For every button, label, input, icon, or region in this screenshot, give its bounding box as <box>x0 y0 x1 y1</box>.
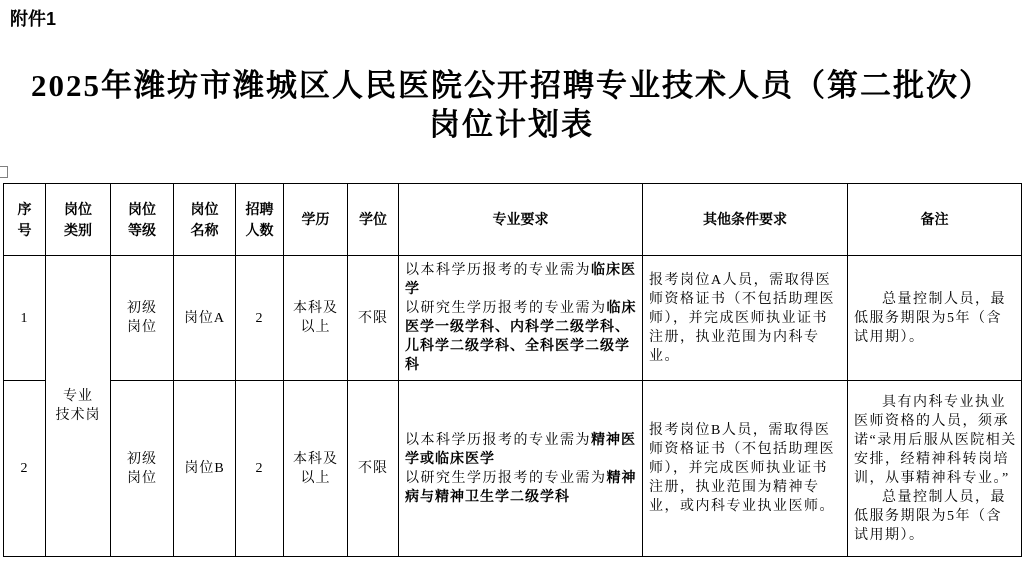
cell-name: 岗位B <box>174 381 236 557</box>
header-cell-category: 岗位 类别 <box>46 184 111 256</box>
document-page: 附件1 2025年潍坊市潍城区人民医院公开招聘专业技术人员（第二批次） 岗位计划… <box>0 0 1023 562</box>
table-header-row: 序 号 岗位 类别 岗位 等级 岗位 名称 招聘 人数 学历 学位 专业要求 其… <box>4 184 1022 256</box>
cell-other-requirements: 报考岗位B人员，需取得医师资格证书（不包括助理医师），并完成医师执业证书注册，执… <box>643 381 848 557</box>
cell-category-merged: 专业 技术岗 <box>46 256 111 557</box>
cell-degree: 不限 <box>348 256 399 381</box>
paragraph: 报考岗位A人员，需取得医师资格证书（不包括助理医师），并完成医师执业证书注册，执… <box>649 271 843 366</box>
paragraph: 以研究生学历报考的专业需为精神病与精神卫生学二级学科 <box>405 469 638 507</box>
cell-seq: 2 <box>4 381 46 557</box>
header-cell-education: 学历 <box>284 184 348 256</box>
document-title-line1: 2025年潍坊市潍城区人民医院公开招聘专业技术人员（第二批次） <box>0 66 1023 105</box>
document-title-line2: 岗位计划表 <box>0 105 1023 144</box>
cell-seq: 1 <box>4 256 46 381</box>
paragraph: 报考岗位B人员，需取得医师资格证书（不包括助理医师），并完成医师执业证书注册，执… <box>649 421 843 516</box>
cell-remarks: 具有内科专业执业医师资格的人员，须承诺“录用后服从医院相关安排，经精神科转岗培训… <box>848 381 1022 557</box>
cell-degree: 不限 <box>348 381 399 557</box>
paragraph: 总量控制人员，最低服务期限为5年（含试用期）。 <box>854 488 1017 545</box>
cell-education: 本科及 以上 <box>284 381 348 557</box>
header-cell-major: 专业要求 <box>399 184 643 256</box>
attachment-label: 附件1 <box>10 5 56 31</box>
cell-major-requirements: 以本科学历报考的专业需为精神医学或临床医学以研究生学历报考的专业需为精神病与精神… <box>399 381 643 557</box>
cell-major-requirements: 以本科学历报考的专业需为临床医学以研究生学历报考的专业需为临床医学一级学科、内科… <box>399 256 643 381</box>
table-row: 2 初级 岗位 岗位B 2 本科及 以上 不限 以本科学历报考的专业需为精神医学… <box>4 381 1022 557</box>
header-cell-other: 其他条件要求 <box>643 184 848 256</box>
header-cell-count: 招聘 人数 <box>236 184 284 256</box>
document-title: 2025年潍坊市潍城区人民医院公开招聘专业技术人员（第二批次） 岗位计划表 <box>0 66 1023 144</box>
header-cell-seq: 序 号 <box>4 184 46 256</box>
paragraph: 以研究生学历报考的专业需为临床医学一级学科、内科学二级学科、儿科学二级学科、全科… <box>405 299 638 375</box>
cell-level: 初级 岗位 <box>111 381 174 557</box>
paragraph: 总量控制人员，最低服务期限为5年（含试用期）。 <box>854 290 1017 347</box>
cell-education: 本科及 以上 <box>284 256 348 381</box>
header-cell-remarks: 备注 <box>848 184 1022 256</box>
table-anchor-mark <box>0 166 8 178</box>
cell-level: 初级 岗位 <box>111 256 174 381</box>
table-row: 1 专业 技术岗 初级 岗位 岗位A 2 本科及 以上 不限 以本科学历报考的专… <box>4 256 1022 381</box>
header-cell-degree: 学位 <box>348 184 399 256</box>
paragraph: 以本科学历报考的专业需为精神医学或临床医学 <box>405 431 638 469</box>
paragraph: 以本科学历报考的专业需为临床医学 <box>405 261 638 299</box>
cell-count: 2 <box>236 256 284 381</box>
cell-other-requirements: 报考岗位A人员，需取得医师资格证书（不包括助理医师），并完成医师执业证书注册，执… <box>643 256 848 381</box>
paragraph: 具有内科专业执业医师资格的人员，须承诺“录用后服从医院相关安排，经精神科转岗培训… <box>854 393 1017 488</box>
header-cell-name: 岗位 名称 <box>174 184 236 256</box>
cell-name: 岗位A <box>174 256 236 381</box>
cell-remarks: 总量控制人员，最低服务期限为5年（含试用期）。 <box>848 256 1022 381</box>
header-cell-level: 岗位 等级 <box>111 184 174 256</box>
cell-count: 2 <box>236 381 284 557</box>
position-plan-table: 序 号 岗位 类别 岗位 等级 岗位 名称 招聘 人数 学历 学位 专业要求 其… <box>3 183 1022 557</box>
